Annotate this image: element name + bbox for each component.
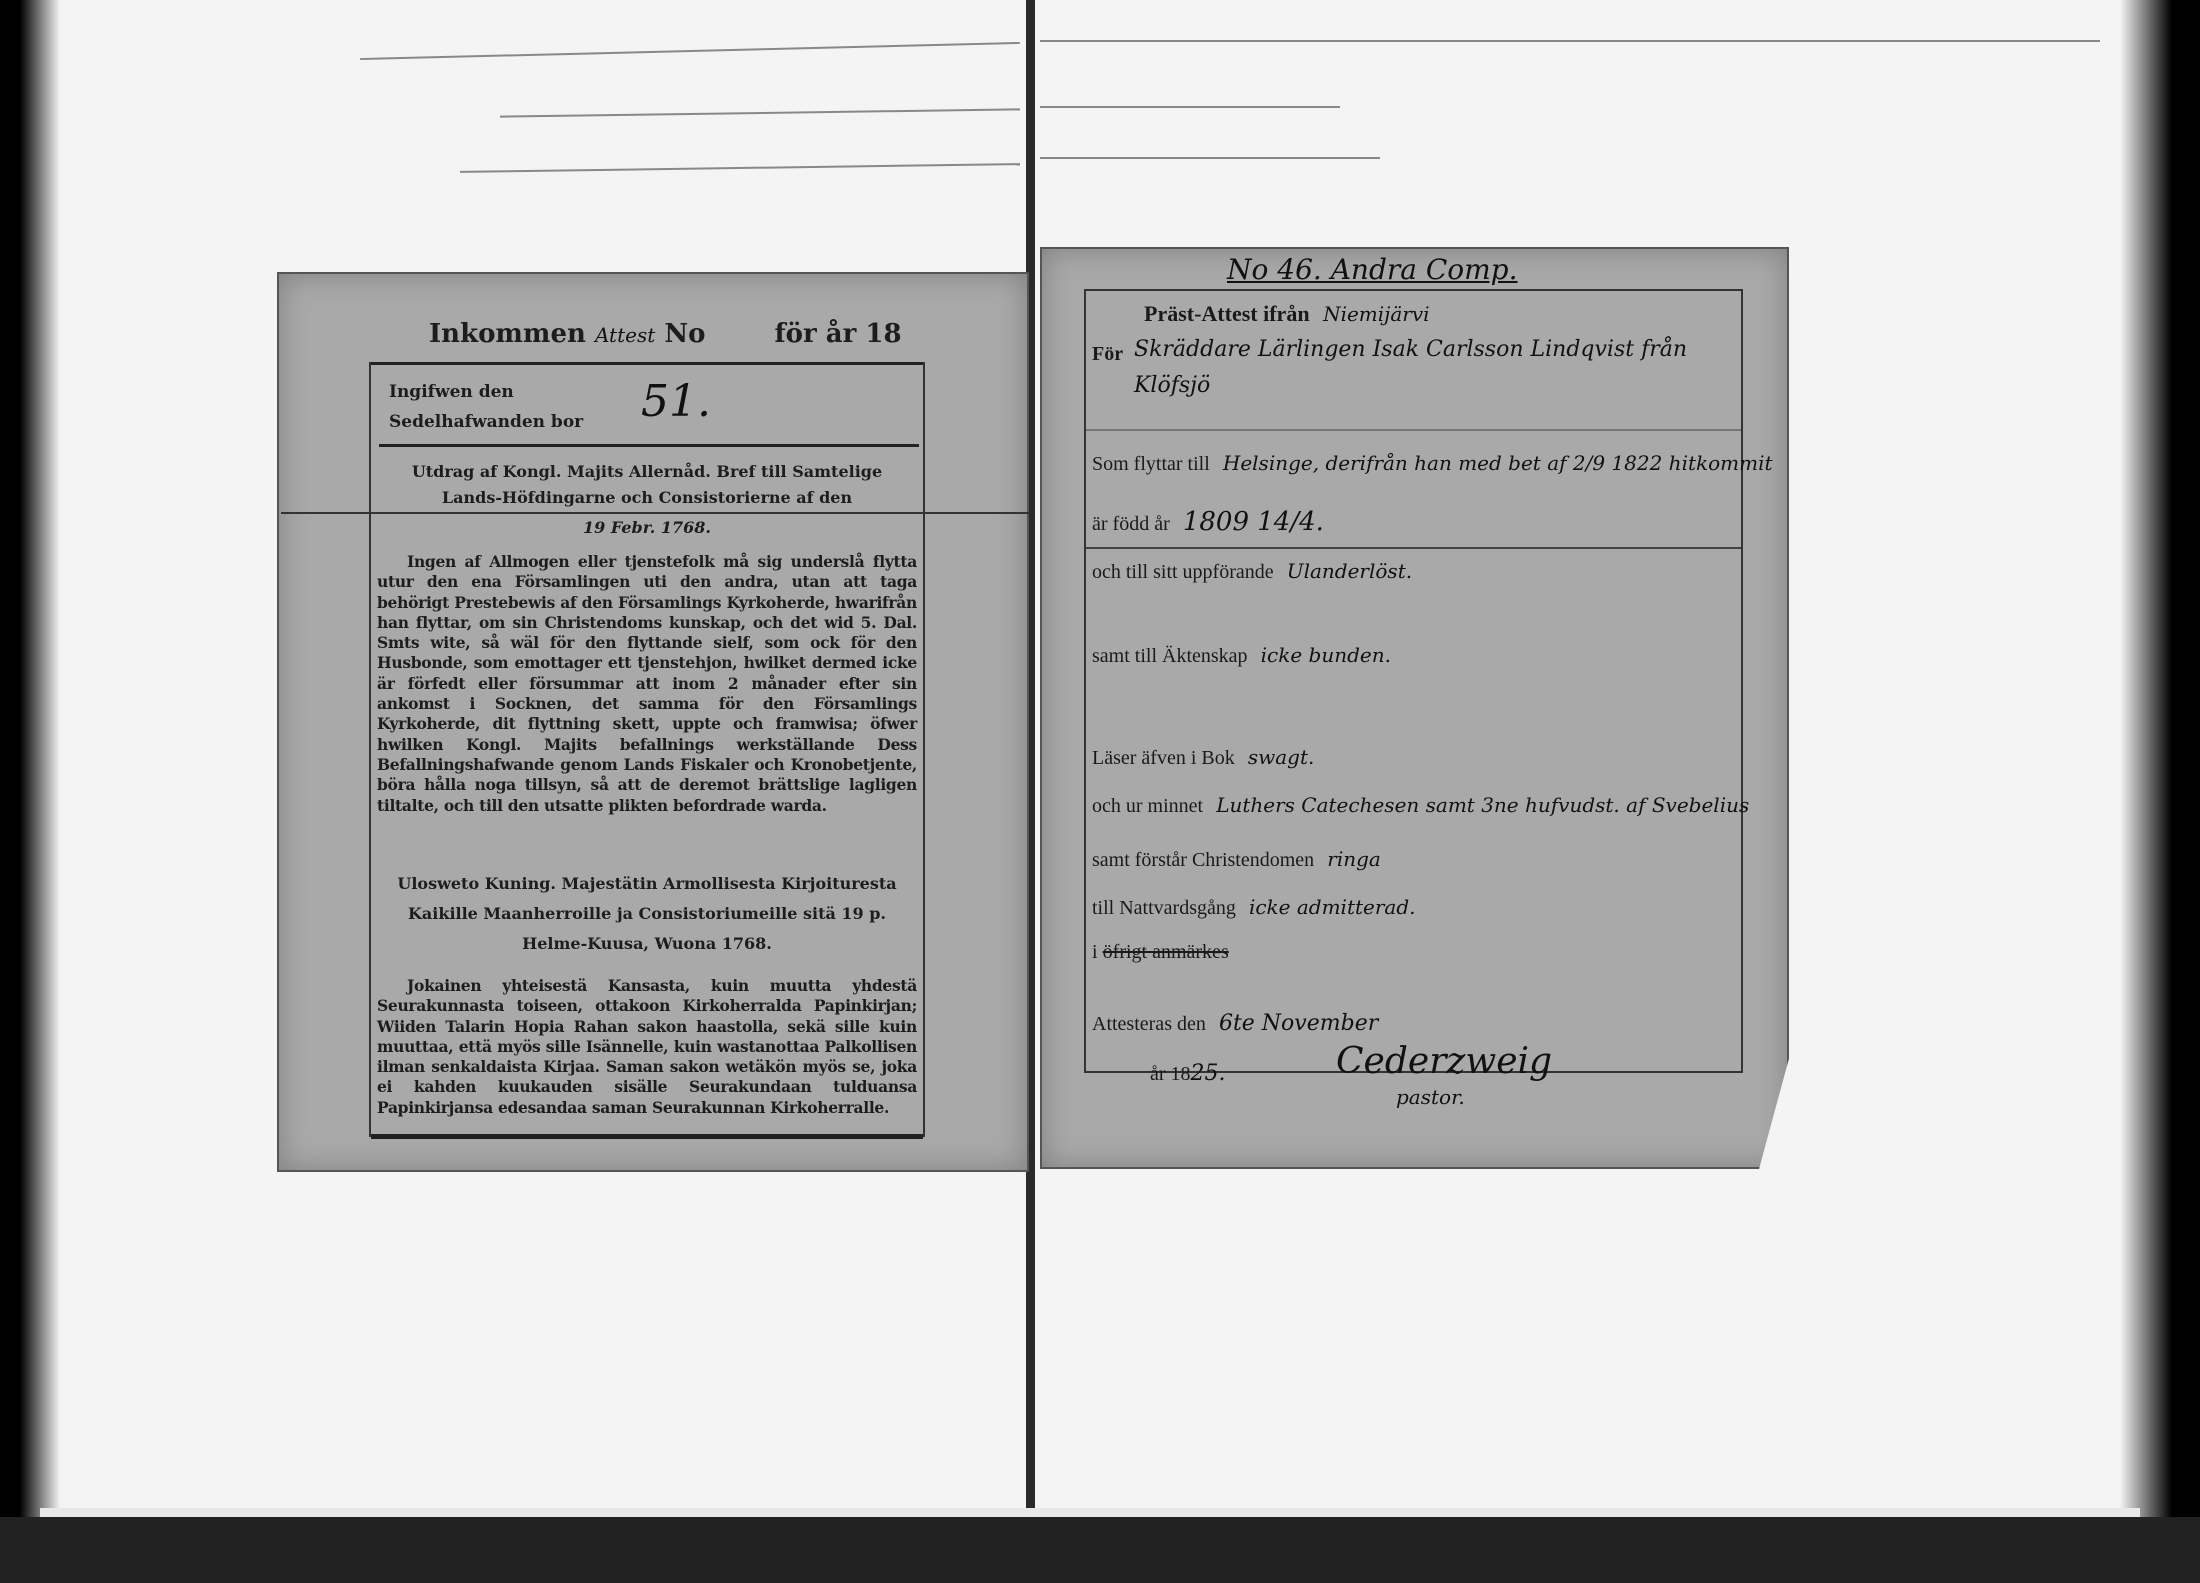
scan-vignette-left	[0, 0, 60, 1583]
intake-header: Inkommen Attest No för år 18	[429, 319, 902, 349]
field-label: och till sitt uppförande	[1092, 561, 1274, 583]
register-line	[360, 42, 1020, 60]
fold-line	[281, 512, 1029, 514]
field-remarks: i öfrigt anmärkes	[1092, 941, 1229, 964]
field-value: ringa	[1327, 847, 1381, 871]
left-content-box: Ingifwen den Sedelhafwanden bor 51. Utdr…	[369, 362, 925, 1137]
field-memory: och ur minnet Luthers Catechesen samt 3n…	[1092, 793, 1749, 818]
handwritten-number: 51.	[641, 376, 711, 427]
attest-date-label: Attesteras den	[1092, 1013, 1206, 1035]
field-moves-to: Som flyttar till Helsinge, derifrån han …	[1092, 451, 1773, 476]
field-label: till Nattvardsgång	[1092, 897, 1236, 919]
field-reading: Läser äfven i Bok swagt.	[1092, 745, 1314, 770]
field-communion: till Nattvardsgång icke admitterad.	[1092, 895, 1416, 920]
extract-heading-line1: Utdrag af Kongl. Majits Allernåd. Bref t…	[371, 462, 923, 481]
divider	[1086, 429, 1741, 431]
extract-date: 19 Febr. 1768.	[371, 518, 923, 537]
field-birth-year: är född år 1809 14/4.	[1092, 507, 1324, 537]
register-line	[460, 163, 1020, 173]
register-number-annotation: No 46. Andra Comp.	[1227, 253, 1518, 286]
left-document: Inkommen Attest No för år 18 Ingifwen de…	[277, 272, 1029, 1172]
attest-date-value: 6te November	[1219, 1011, 1378, 1036]
field-label: Läser äfven i Bok	[1092, 747, 1235, 769]
right-document: No 46. Andra Comp. Präst-Attest ifrån Ni…	[1040, 247, 1789, 1169]
field-value: Helsinge, derifrån han med bet af 2/9 18…	[1223, 451, 1773, 475]
intake-prefix: Inkommen	[429, 319, 586, 349]
field-label: är född år	[1092, 513, 1170, 535]
for-label: För	[1092, 343, 1123, 366]
scan-vignette-right	[2120, 0, 2200, 1583]
number-label: No	[664, 319, 705, 349]
field-label: Som flyttar till	[1092, 453, 1210, 475]
struck-label: öfrigt anmärkes	[1103, 941, 1229, 963]
register-line	[1040, 106, 1340, 108]
person-origin-place: Klöfsjö	[1134, 373, 1210, 398]
field-label: i	[1092, 941, 1098, 963]
parish-origin: Niemijärvi	[1323, 302, 1429, 326]
title-label: Präst-Attest ifrån	[1144, 301, 1310, 326]
field-value: Luthers Catechesen samt 3ne hufvudst. af…	[1216, 793, 1749, 817]
divider	[371, 1134, 923, 1139]
field-label: samt till Äktenskap	[1092, 645, 1248, 667]
year-label: för år 18	[775, 319, 902, 349]
title-row: Präst-Attest ifrån Niemijärvi	[1144, 301, 1430, 327]
field-conduct: och till sitt uppförande Ulanderlöst.	[1092, 559, 1412, 584]
field-marriage: samt till Äktenskap icke bunden.	[1092, 643, 1391, 668]
attest-year-label: år 18	[1150, 1063, 1191, 1085]
divider	[379, 444, 919, 447]
finnish-ordinance-text: Jokainen yhteisestä Kansasta, kuin muutt…	[377, 976, 917, 1118]
field-christianity: samt förstår Christendomen ringa	[1092, 847, 1381, 872]
signature-title: pastor.	[1396, 1085, 1465, 1109]
attest-year: år 1825.	[1150, 1061, 1226, 1086]
handwritten-attest: Attest	[595, 323, 655, 347]
register-line	[500, 108, 1020, 117]
submission-date-label: Ingifwen den	[389, 382, 514, 402]
field-value: icke bunden.	[1261, 643, 1391, 667]
register-line	[1040, 157, 1380, 159]
field-value: Ulanderlöst.	[1287, 559, 1412, 583]
field-label: samt förstår Christendomen	[1092, 849, 1314, 871]
finnish-heading-line2: Kaikille Maanherroille ja Consistoriumei…	[371, 904, 923, 923]
finnish-heading-line3: Helme-Kuusa, Wuona 1768.	[371, 934, 923, 953]
field-label: och ur minnet	[1092, 795, 1203, 817]
scan-bottom-shadow	[0, 1517, 2200, 1583]
field-value: icke admitterad.	[1249, 895, 1416, 919]
extract-heading-line2: Lands-Höfdingarne och Consistorierne af …	[371, 488, 923, 507]
right-content-box: Präst-Attest ifrån Niemijärvi För Skrädd…	[1084, 289, 1743, 1073]
person-description: Skräddare Lärlingen Isak Carlsson Lindqv…	[1134, 337, 1687, 362]
register-line	[1040, 40, 2100, 42]
divider	[1086, 547, 1741, 549]
attest-year-value: 25.	[1191, 1061, 1226, 1086]
field-value: swagt.	[1248, 745, 1315, 769]
submission-bearer-label: Sedelhafwanden bor	[389, 412, 583, 432]
field-value: 1809 14/4.	[1183, 507, 1324, 537]
attest-date: Attesteras den 6te November	[1092, 1011, 1378, 1036]
finnish-heading-line1: Ulosweto Kuning. Majestätin Armollisesta…	[371, 874, 923, 893]
swedish-ordinance-text: Ingen af Allmogen eller tjenstefolk må s…	[377, 552, 917, 816]
divider	[371, 362, 923, 365]
pastor-signature: Cederzweig	[1336, 1041, 1552, 1082]
